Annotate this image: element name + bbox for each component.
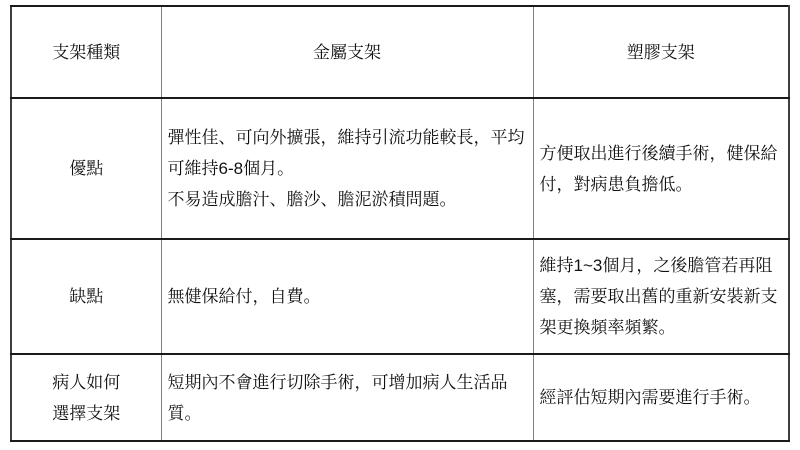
- table-row-disadvantages: 缺點 無健保給付，自費。 維持1~3個月，之後膽管若再阻塞，需要取出舊的重新安裝…: [11, 239, 789, 354]
- row-label-disadvantages: 缺點: [11, 239, 161, 354]
- cell-metal-disadvantages: 無健保給付，自費。: [161, 239, 533, 354]
- cell-plastic-disadvantages: 維持1~3個月，之後膽管若再阻塞，需要取出舊的重新安裝新支架更換頻率頻繁。: [533, 239, 789, 354]
- cell-plastic-patient-choice: 經評估短期內需要進行手術。: [533, 354, 789, 441]
- table-row-patient-choice: 病人如何 選擇支架 短期內不會進行切除手術，可增加病人生活品質。 經評估短期內需…: [11, 354, 789, 441]
- header-cell-metal-stent: 金屬支架: [161, 6, 533, 98]
- cell-plastic-advantages: 方便取出進行後續手術，健保給付，對病患負擔低。: [533, 98, 789, 239]
- table-row-advantages: 優點 彈性佳、可向外擴張，維持引流功能較長，平均可維持6-8個月。 不易造成膽汁…: [11, 98, 789, 239]
- stent-comparison-table-container: 支架種類 金屬支架 塑膠支架 優點 彈性佳、可向外擴張，維持引流功能較長，平均可…: [10, 5, 788, 442]
- header-row: 支架種類 金屬支架 塑膠支架: [11, 6, 789, 98]
- cell-metal-advantages: 彈性佳、可向外擴張，維持引流功能較長，平均可維持6-8個月。 不易造成膽汁、膽沙…: [161, 98, 533, 239]
- row-label-patient-choice: 病人如何 選擇支架: [11, 354, 161, 441]
- stent-comparison-table: 支架種類 金屬支架 塑膠支架 優點 彈性佳、可向外擴張，維持引流功能較長，平均可…: [10, 5, 790, 442]
- header-cell-plastic-stent: 塑膠支架: [533, 6, 789, 98]
- header-cell-stent-type: 支架種類: [11, 6, 161, 98]
- row-label-advantages: 優點: [11, 98, 161, 239]
- cell-metal-patient-choice: 短期內不會進行切除手術，可增加病人生活品質。: [161, 354, 533, 441]
